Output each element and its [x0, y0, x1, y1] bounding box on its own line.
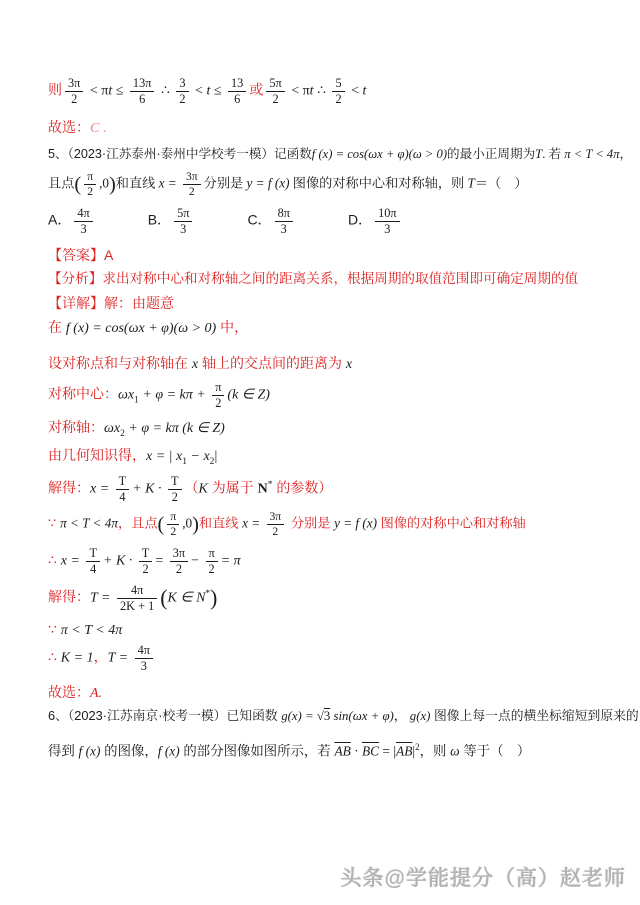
- text-segment: x =: [90, 482, 113, 497]
- text-segment: 得到: [48, 743, 79, 758]
- fraction-denominator: 2: [139, 562, 153, 577]
- text-segment: ＝（ ）: [475, 176, 528, 191]
- text-segment: (: [158, 514, 165, 536]
- q5-step-setup-line: 设对称点和与对称轴在 x 轴上的交点间的距离为 x: [48, 354, 352, 375]
- document-page: 头条@学能提分（高）赵老师 则3π2 < πt ≤ 13π6 ∴ 32 < t …: [0, 0, 640, 905]
- fraction-denominator: 2: [266, 92, 284, 107]
- q5-step-function-line: 在 f (x) = cos(ωx + φ)(ω > 0) 中，: [48, 318, 248, 339]
- fraction: π2: [212, 380, 224, 410]
- fraction-numerator: 5π: [266, 76, 284, 92]
- fraction-denominator: 3: [174, 222, 192, 237]
- fraction-denominator: 6: [228, 92, 246, 107]
- fraction: π2: [167, 510, 179, 538]
- fraction-denominator: 2: [65, 92, 83, 107]
- text-segment: 的参数）: [273, 480, 333, 496]
- fraction: 32: [176, 76, 188, 106]
- text-segment: 分别是: [287, 516, 334, 531]
- q5-answer-line: 【答案】A: [48, 246, 113, 265]
- text-segment: π < T < 4π: [61, 623, 122, 638]
- text-segment: =: [155, 554, 166, 569]
- fraction-numerator: 5: [332, 76, 344, 92]
- fraction: 5π3: [174, 206, 192, 236]
- text-segment: ωx: [118, 388, 134, 403]
- text-segment: AB: [334, 743, 350, 758]
- text-segment: K ∈ N: [168, 591, 206, 606]
- fraction-numerator: 4π: [117, 583, 157, 599]
- fraction-denominator: 4: [116, 490, 130, 505]
- text-segment: ): [210, 586, 217, 610]
- text-segment: 图像的对称中心和对称轴: [377, 516, 526, 531]
- text-segment: f (x) = cos(ωx + φ)(ω > 0): [312, 147, 447, 161]
- text-segment: AB: [396, 743, 412, 758]
- fraction-numerator: 3π: [267, 510, 285, 525]
- q5-step-geometry-line: 由几何知识得，x = | x1 − x2|: [48, 446, 217, 469]
- fraction: 3π2: [170, 546, 188, 576]
- text-segment: < π: [86, 84, 108, 99]
- text-segment: (k ∈ Z): [227, 388, 270, 403]
- text-segment: f (x): [79, 743, 101, 758]
- toutiao-watermark: 头条@学能提分（高）赵老师: [341, 862, 626, 892]
- q5-step-solve-x-line: 解得：x = T4+ K · T2（K 为属于 N* 的参数）: [48, 474, 332, 504]
- text-segment: ): [109, 174, 116, 196]
- text-segment: ，: [394, 709, 410, 723]
- prev-solution-inequality-line: 则3π2 < πt ≤ 13π6 ∴ 32 < t ≤ 136或5π2 < πt…: [48, 76, 366, 106]
- fraction-denominator: 2: [84, 185, 96, 199]
- text-segment: ，: [620, 147, 633, 161]
- text-segment: 图像的对称中心和对称轴，则: [293, 176, 464, 191]
- fraction-denominator: 2: [170, 562, 188, 577]
- text-segment: 和直线: [116, 176, 156, 191]
- option-a-label: A．: [48, 212, 71, 228]
- text-segment: 【分析】求出对称中心和对称轴之间的距离关系，根据周期的取值范围即可确定周期的值: [48, 271, 578, 286]
- text-segment: ∵: [48, 516, 60, 531]
- text-segment: 分别是: [204, 176, 244, 191]
- text-segment: ∵: [48, 621, 61, 637]
- fraction-numerator: 5π: [174, 206, 192, 222]
- text-segment: 故选：: [48, 684, 90, 700]
- fraction-numerator: T: [86, 546, 100, 562]
- fraction: 3π2: [267, 510, 285, 538]
- text-segment: |: [214, 449, 217, 464]
- fraction-denominator: 2: [167, 525, 179, 539]
- prev-solution-choice-line: 故选：C .: [48, 118, 106, 139]
- fraction-denominator: 6: [130, 92, 155, 107]
- text-segment: (: [160, 586, 167, 610]
- q5-detail-header-line: 【详解】解：由题意: [48, 294, 174, 313]
- text-segment: 的部分图像如图所示，若: [180, 743, 335, 758]
- text-segment: 中，: [216, 319, 248, 335]
- text-segment: ，: [118, 516, 131, 531]
- text-segment: − x: [187, 449, 210, 464]
- fraction-denominator: 2: [176, 92, 188, 107]
- fraction-denominator: 2K + 1: [117, 599, 157, 614]
- text-segment: C: [90, 121, 99, 136]
- text-segment: 和直线: [199, 516, 242, 531]
- text-segment: x =: [61, 554, 84, 569]
- fraction-numerator: 3: [176, 76, 188, 92]
- fraction: 3π2: [65, 76, 83, 106]
- q5-options-row: A．4π3B．5π3C．8π3D．10π3: [48, 206, 403, 236]
- text-segment: −: [191, 554, 202, 569]
- text-segment: ωx: [104, 421, 120, 436]
- fraction: π2: [84, 170, 96, 198]
- text-segment: t: [363, 84, 367, 99]
- fraction: 10π3: [375, 206, 400, 236]
- text-segment: 在: [48, 319, 66, 335]
- text-segment: 且点: [131, 516, 157, 531]
- fraction-numerator: 3π: [65, 76, 83, 92]
- fraction-denominator: 2: [212, 396, 224, 411]
- text-segment: = π: [221, 554, 241, 569]
- text-segment: x =: [242, 516, 263, 531]
- text-segment: 【详解】解：由题意: [48, 295, 174, 311]
- text-segment: N: [258, 482, 268, 497]
- text-segment: T: [464, 176, 475, 191]
- text-segment: y = f (x): [334, 516, 377, 531]
- text-segment: + K ·: [132, 482, 165, 497]
- text-segment: ω: [450, 743, 459, 758]
- text-segment: K: [199, 482, 208, 497]
- fraction-numerator: 3π: [170, 546, 188, 562]
- text-segment: T =: [90, 591, 114, 606]
- text-segment: BC: [362, 743, 379, 758]
- fraction-numerator: π: [167, 510, 179, 525]
- fraction: T4: [86, 546, 100, 576]
- fraction-numerator: 10π: [375, 206, 400, 222]
- text-segment: g(x) =: [281, 709, 317, 723]
- fraction: 5π2: [266, 76, 284, 106]
- text-segment: 对称轴：: [48, 419, 104, 435]
- fraction-numerator: 13: [228, 76, 246, 92]
- q6-statement-line1: 6、（2023·江苏南京·校考一模）已知函数 g(x) = √3 sin(ωx …: [48, 703, 640, 731]
- q5-step-result-line: ∴ K = 1，T = 4π3: [48, 643, 156, 673]
- text-segment: 等于（ ）: [460, 743, 531, 758]
- text-segment: ∴: [48, 552, 61, 568]
- text-segment: 轴上的交点间的距离为: [198, 355, 346, 371]
- fraction: 13π6: [130, 76, 155, 106]
- fraction-denominator: 3: [135, 659, 153, 674]
- fraction-numerator: 4π: [135, 643, 153, 659]
- text-segment: x =: [155, 176, 180, 191]
- text-segment: < π: [288, 84, 310, 99]
- fraction: 52: [332, 76, 344, 106]
- text-segment: 对称中心：: [48, 386, 118, 402]
- text-segment: 解得：: [48, 480, 90, 496]
- text-segment: y = f (x): [243, 176, 293, 191]
- text-segment: ): [192, 514, 199, 536]
- text-segment: + K ·: [103, 554, 136, 569]
- text-segment: 由几何知识得，: [48, 447, 146, 463]
- text-segment: ∴: [48, 649, 61, 665]
- text-segment: 为属于: [208, 480, 258, 496]
- text-segment: ·: [351, 743, 362, 758]
- fraction-denominator: 4: [86, 562, 100, 577]
- text-segment: π < T < 4π: [60, 516, 118, 531]
- fraction: π2: [206, 546, 218, 576]
- fraction: T4: [116, 474, 130, 504]
- q5-analysis-line: 【分析】求出对称中心和对称轴之间的距离关系，根据周期的取值范围即可确定周期的值: [48, 270, 578, 288]
- fraction-numerator: 4π: [74, 206, 92, 222]
- text-segment: (: [74, 174, 81, 196]
- text-segment: ≤: [210, 84, 225, 99]
- fraction-denominator: 2: [168, 490, 182, 505]
- text-segment: ≤: [112, 84, 127, 99]
- text-segment: 则: [48, 82, 62, 98]
- option-c-label: C．: [247, 212, 271, 228]
- fraction-numerator: π: [84, 170, 96, 185]
- fraction-denominator: 2: [267, 525, 285, 539]
- q5-step-solve-T-line: 解得：T = 4π2K + 1(K ∈ N*): [48, 583, 217, 613]
- text-segment: ,0: [99, 176, 109, 191]
- text-segment: .: [99, 121, 106, 136]
- option-b-label: B．: [148, 212, 171, 228]
- q5-step-therefore-x-line: ∴ x = T4+ K · T2= 3π2− π2= π: [48, 546, 241, 576]
- text-segment: x = | x: [146, 449, 182, 464]
- text-segment: ∴: [157, 84, 173, 99]
- text-segment: T =: [108, 651, 132, 666]
- fraction: 8π3: [275, 206, 293, 236]
- q6-statement-line2: 得到 f (x) 的图像，f (x) 的部分图像如图所示，若 AB · BC =…: [48, 741, 530, 761]
- text-segment: （: [185, 480, 199, 496]
- text-segment: A.: [90, 686, 102, 701]
- fraction-denominator: 2: [183, 185, 201, 199]
- text-segment: ,0: [182, 516, 192, 531]
- text-segment: √: [317, 709, 324, 723]
- q5-step-center-line: 对称中心：ωx1 + φ = kπ + π2(k ∈ Z): [48, 380, 270, 410]
- fraction-denominator: 2: [332, 92, 344, 107]
- text-segment: g(x): [410, 709, 431, 723]
- text-segment: 【答案】A: [48, 247, 113, 263]
- fraction: 136: [228, 76, 246, 106]
- text-segment: sin(ωx + φ): [330, 709, 394, 723]
- fraction-denominator: 3: [74, 222, 92, 237]
- q5-step-because-line2: ∵ π < T < 4π: [48, 620, 122, 641]
- text-segment: 图像上每一点的横坐标缩短到原来的: [430, 708, 638, 723]
- fraction: 4π3: [135, 643, 153, 673]
- text-segment: f (x) = cos(ωx + φ)(ω > 0): [66, 321, 216, 336]
- text-segment: ∴: [314, 84, 330, 99]
- text-segment: . 若: [542, 147, 564, 161]
- fraction: 4π2K + 1: [117, 583, 157, 613]
- q5-choice-line: 故选：A.: [48, 683, 102, 704]
- text-segment: 设对称点和与对称轴在: [48, 355, 192, 371]
- fraction: T2: [139, 546, 153, 576]
- text-segment: + φ = kπ +: [139, 388, 209, 403]
- text-segment: =: [379, 743, 393, 758]
- fraction-denominator: 2: [206, 562, 218, 577]
- fraction-denominator: 3: [275, 222, 293, 237]
- text-segment: 的图像，: [100, 743, 157, 758]
- option-d-label: D．: [348, 212, 372, 228]
- text-segment: 或: [249, 82, 263, 98]
- fraction-numerator: T: [139, 546, 153, 562]
- text-segment: f (x): [158, 743, 180, 758]
- text-segment: ，: [94, 649, 108, 665]
- fraction-numerator: T: [168, 474, 182, 490]
- text-segment: 且点: [48, 176, 74, 191]
- fraction: 3π2: [183, 170, 201, 198]
- q5-step-because-line1: ∵ π < T < 4π，且点(π2,0)和直线 x = 3π2 分别是 y =…: [48, 510, 526, 538]
- text-segment: 解得：: [48, 589, 90, 605]
- q5-step-axis-line: 对称轴：ωx2 + φ = kπ (k ∈ Z): [48, 418, 225, 441]
- fraction-numerator: π: [206, 546, 218, 562]
- q5-statement-line2: 且点(π2,0)和直线 x = 3π2分别是 y = f (x) 图像的对称中心…: [48, 170, 528, 198]
- fraction-numerator: π: [212, 380, 224, 396]
- text-segment: K = 1: [61, 651, 94, 666]
- text-segment: 故选：: [48, 119, 90, 135]
- text-segment: 5、（2023·江苏泰州·泰州中学校考一模）记函数: [48, 147, 312, 161]
- q5-statement-line1: 5、（2023·江苏泰州·泰州中学校考一模）记函数f (x) = cos(ωx …: [48, 146, 632, 163]
- text-segment: ，则: [420, 743, 451, 758]
- text-segment: 6、（2023·江苏南京·校考一模）已知函数: [48, 708, 281, 723]
- fraction-denominator: 3: [375, 222, 400, 237]
- text-segment: π < T < 4π: [564, 147, 619, 161]
- fraction: T2: [168, 474, 182, 504]
- fraction-numerator: T: [116, 474, 130, 490]
- text-segment: x: [346, 357, 352, 372]
- fraction-numerator: 13π: [130, 76, 155, 92]
- text-segment: <: [192, 84, 207, 99]
- text-segment: 的最小正周期为: [447, 147, 535, 161]
- text-segment: + φ = kπ (k ∈ Z): [125, 421, 225, 436]
- fraction-numerator: 8π: [275, 206, 293, 222]
- fraction: 4π3: [74, 206, 92, 236]
- text-segment: <: [348, 84, 363, 99]
- fraction-numerator: 3π: [183, 170, 201, 185]
